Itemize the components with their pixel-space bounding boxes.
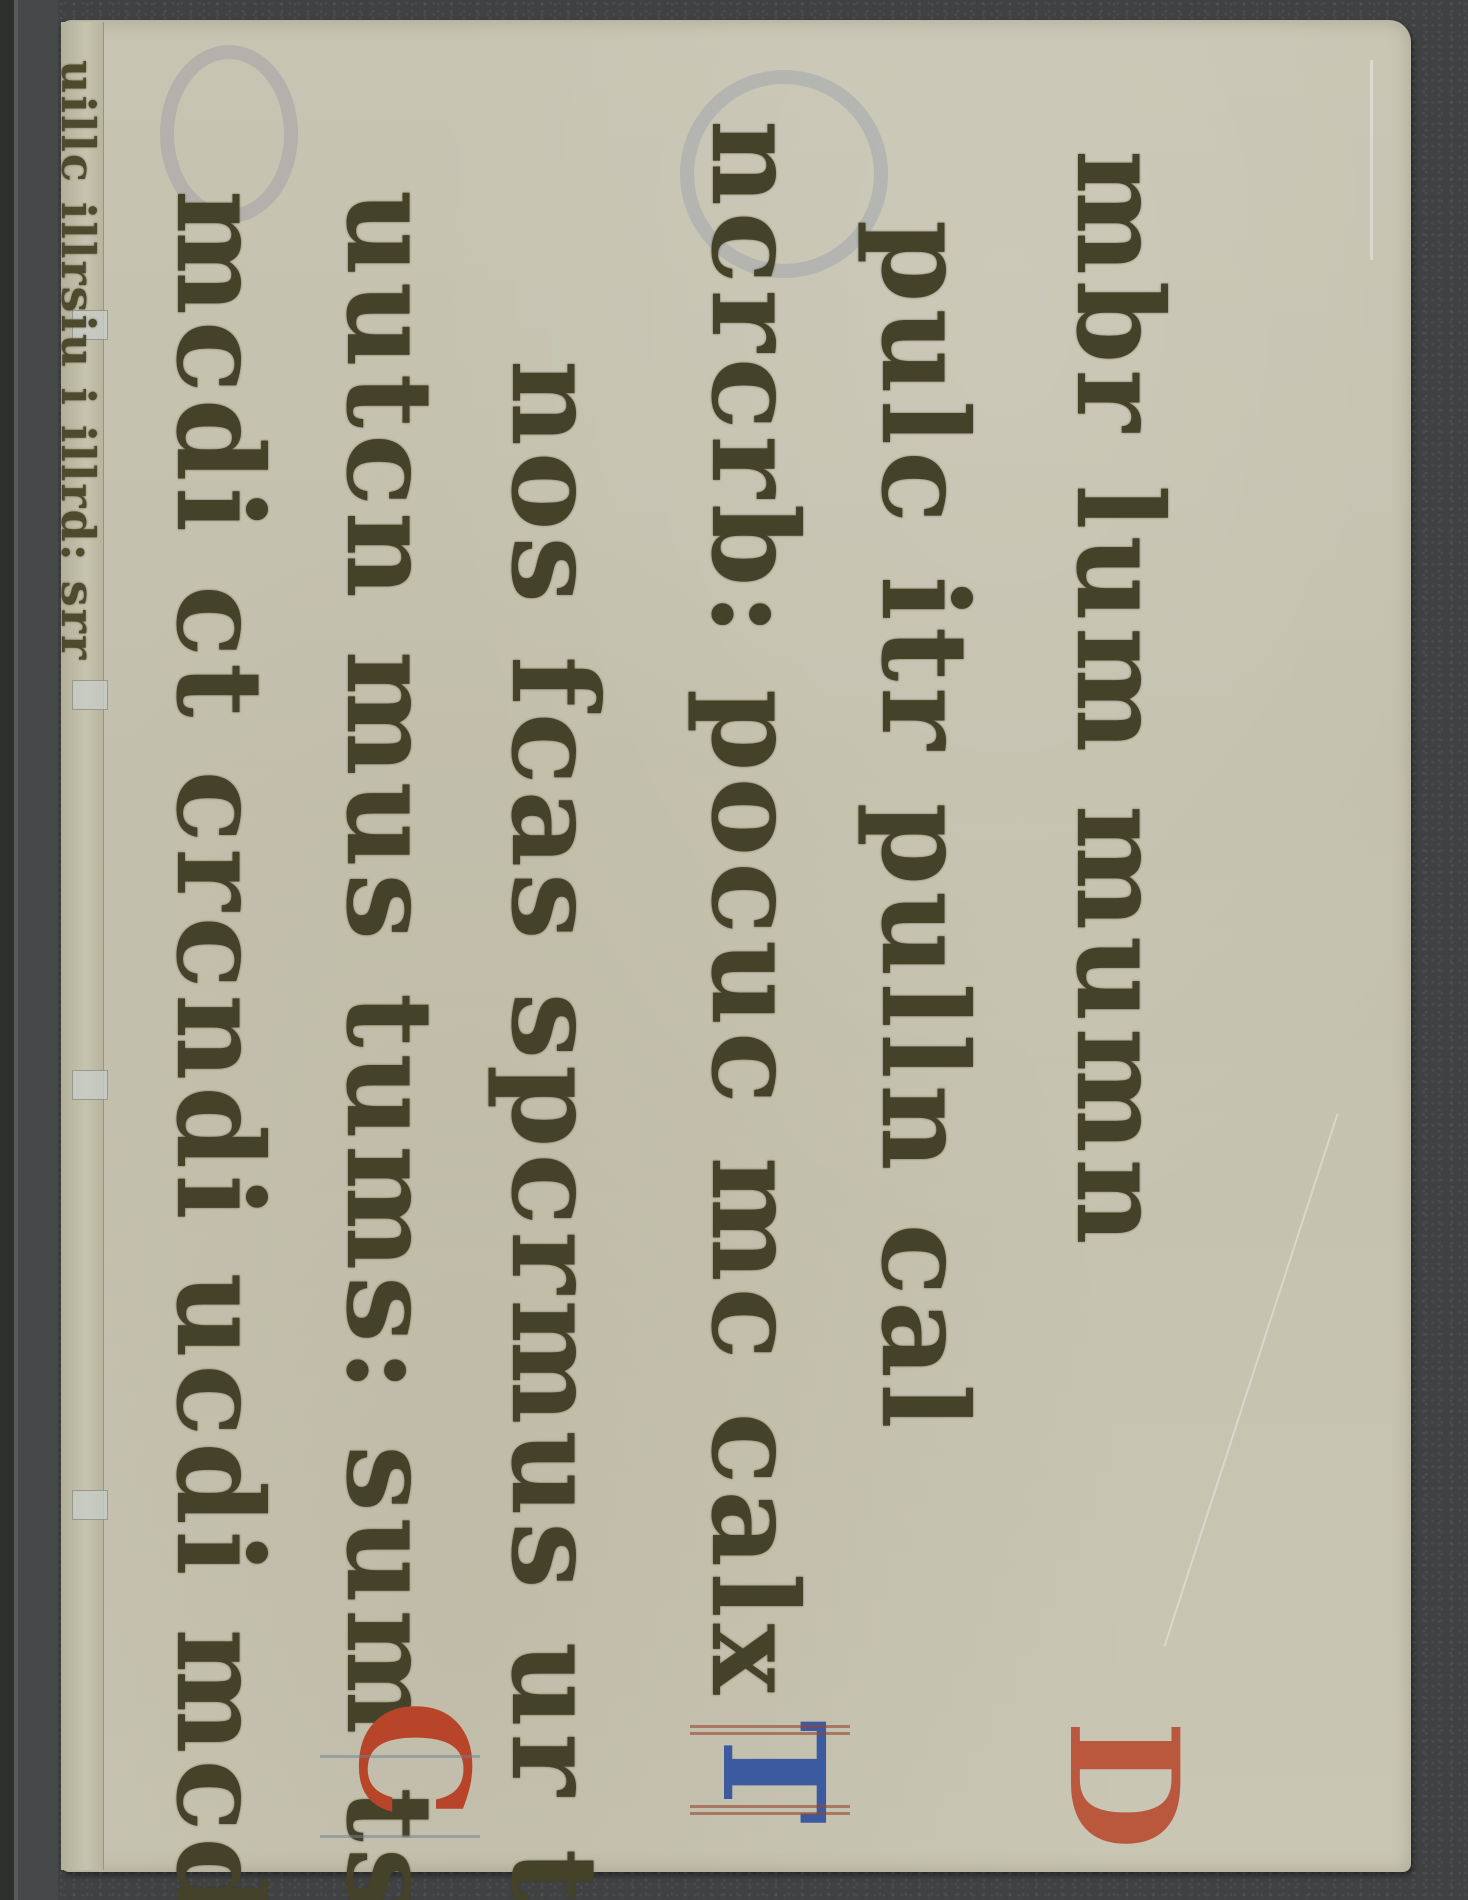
manuscript-line-2: uutcn mus tums: sum tsl <box>330 190 448 1670</box>
parchment-crease <box>1370 60 1373 260</box>
spine-text: uillc illrsiu i illrd: srr <box>55 60 101 1860</box>
music-staff <box>690 1805 850 1808</box>
manuscript-line-5: pulc itr pulln cal <box>865 220 983 1870</box>
mount-rail <box>0 0 58 1900</box>
manuscript-line-3: nos fcas spcrmus ur tr <box>495 360 613 1760</box>
manuscript-line-1: mcdi ct crcndi ucdi mcdi. <box>160 190 278 1850</box>
manuscript-line-6: mbr lum mumn <box>1060 150 1178 1850</box>
music-staff <box>690 1732 850 1735</box>
music-staff <box>690 1725 850 1728</box>
blue-initial-t: T <box>690 1720 854 1824</box>
red-initial-c: C <box>325 1700 501 1819</box>
music-staff <box>320 1755 480 1758</box>
music-staff <box>320 1835 480 1838</box>
red-initial-d: D <box>1035 1720 1211 1850</box>
music-staff <box>690 1812 850 1815</box>
manuscript-line-4: ncrcrb: pocuc mc calx <box>695 120 813 1620</box>
